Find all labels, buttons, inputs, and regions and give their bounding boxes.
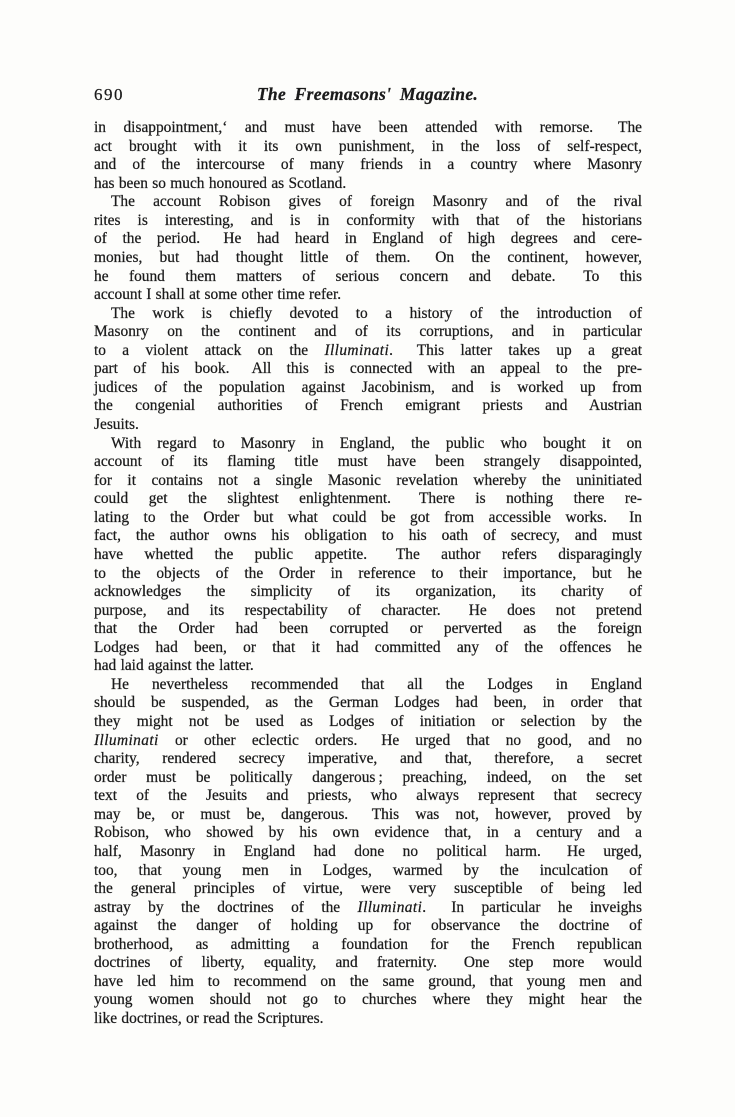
text-line: The account Robison gives of foreign Mas… bbox=[94, 193, 642, 212]
text-line: doctrines of liberty, equality, and frat… bbox=[94, 954, 642, 973]
text-line: purpose, and its respectability of chara… bbox=[94, 602, 642, 621]
text-line: Lodges had been, or that it had committe… bbox=[94, 639, 642, 658]
paragraph: He nevertheless recommended that all the… bbox=[94, 676, 642, 1029]
paragraph: The account Robison gives of foreign Mas… bbox=[94, 193, 642, 304]
text-line: to a violent attack on the Illuminati. T… bbox=[94, 342, 642, 361]
text-line: like doctrines, or read the Scriptures. bbox=[94, 1010, 642, 1029]
magazine-title: The Freemasons' Magazine. bbox=[94, 84, 641, 105]
text-line: against the danger of holding up for obs… bbox=[94, 917, 642, 936]
text-line: monies, but had thought little of them. … bbox=[94, 249, 642, 268]
text-line: to the objects of the Order in reference… bbox=[94, 565, 642, 584]
text-line: judices of the population against Jacobi… bbox=[94, 379, 642, 398]
text-line: have led him to recommend on the same gr… bbox=[94, 973, 642, 992]
text-line: half, Masonry in England had done no pol… bbox=[94, 843, 642, 862]
text-line: in disappointment,‘ and must have been a… bbox=[94, 119, 642, 138]
text-line: text of the Jesuits and priests, who alw… bbox=[94, 787, 642, 806]
text-line: Illuminati or other eclectic orders. He … bbox=[94, 732, 642, 751]
text-line: Masonry on the continent and of its corr… bbox=[94, 323, 642, 342]
paragraph: With regard to Masonry in England, the p… bbox=[94, 435, 642, 676]
text-line: order must be politically dangerous ; pr… bbox=[94, 769, 642, 788]
text-line: fact, the author owns his obligation to … bbox=[94, 527, 642, 546]
text-line: for it contains not a single Masonic rev… bbox=[94, 472, 642, 491]
text-line: account of its flaming title must have b… bbox=[94, 453, 642, 472]
text-line: lating to the Order but what could be go… bbox=[94, 509, 642, 528]
text-line: have whetted the public appetite. The au… bbox=[94, 546, 642, 565]
text-line: the general principles of virtue, were v… bbox=[94, 880, 642, 899]
text-line: that the Order had been corrupted or per… bbox=[94, 620, 642, 639]
paragraph: The work is chiefly devoted to a history… bbox=[94, 305, 642, 435]
text-line: With regard to Masonry in England, the p… bbox=[94, 435, 642, 454]
article-body: in disappointment,‘ and must have been a… bbox=[94, 119, 642, 1029]
text-line: has been so much honoured as Scotland. bbox=[94, 175, 642, 194]
text-line: should be suspended, as the German Lodge… bbox=[94, 694, 642, 713]
text-line: astray by the doctrines of the Illuminat… bbox=[94, 899, 642, 918]
text-line: part of his book. All this is connected … bbox=[94, 360, 642, 379]
text-line: he found them matters of serious concern… bbox=[94, 268, 642, 287]
text-line: act brought with it its own punishment, … bbox=[94, 138, 642, 157]
page-header: 690 The Freemasons' Magazine. bbox=[94, 84, 641, 106]
text-line: they might not be used as Lodges of init… bbox=[94, 713, 642, 732]
text-line: young women should not go to churches wh… bbox=[94, 991, 642, 1010]
text-line: Robison, who showed by his own evidence … bbox=[94, 824, 642, 843]
magazine-page: 690 The Freemasons' Magazine. in disappo… bbox=[0, 0, 735, 1117]
text-line: too, that young men in Lodges, warmed by… bbox=[94, 862, 642, 881]
text-line: may be, or must be, dangerous. This was … bbox=[94, 806, 642, 825]
text-line: of the period. He had heard in England o… bbox=[94, 230, 642, 249]
text-line: rites is interesting, and is in conformi… bbox=[94, 212, 642, 231]
text-line: account I shall at some other time refer… bbox=[94, 286, 642, 305]
text-line: charity, rendered secrecy imperative, an… bbox=[94, 750, 642, 769]
paragraph: in disappointment,‘ and must have been a… bbox=[94, 119, 642, 193]
text-line: Jesuits. bbox=[94, 416, 642, 435]
text-line: could get the slightest enlightenment. T… bbox=[94, 490, 642, 509]
text-line: acknowledges the simplicity of its organ… bbox=[94, 583, 642, 602]
text-line: the congenial authorities of French emig… bbox=[94, 397, 642, 416]
text-line: The work is chiefly devoted to a history… bbox=[94, 305, 642, 324]
text-line: and of the intercourse of many friends i… bbox=[94, 156, 642, 175]
text-line: brotherhood, as admitting a foundation f… bbox=[94, 936, 642, 955]
text-line: had laid against the latter. bbox=[94, 657, 642, 676]
text-line: He nevertheless recommended that all the… bbox=[94, 676, 642, 695]
